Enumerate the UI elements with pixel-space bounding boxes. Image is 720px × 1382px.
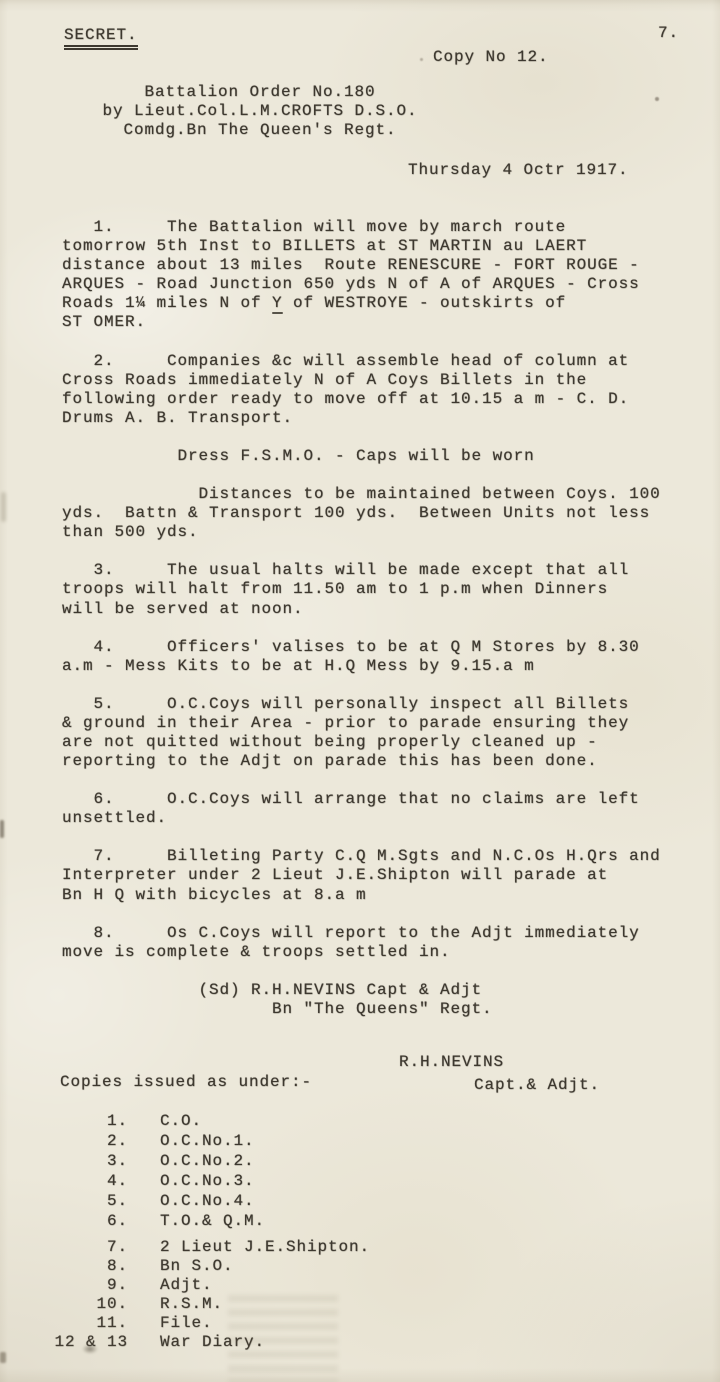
copy-item-number: 8.: [62, 1257, 128, 1276]
copy-item-label: O.C.No.2.: [128, 1152, 255, 1170]
copy-item-number: 9.: [62, 1276, 128, 1295]
distribution-row: 3.O.C.No.2.: [62, 1151, 370, 1171]
copy-item-label: C.O.: [128, 1112, 202, 1130]
typed-signature-rank: Capt.& Adjt.: [474, 1076, 600, 1094]
page-number: 7.: [658, 24, 679, 42]
paragraph-2: 2. Companies &c will assemble head of co…: [62, 352, 712, 428]
distribution-row: 8.Bn S.O.: [62, 1257, 370, 1276]
distribution-row: 6.T.O.& Q.M.: [62, 1211, 370, 1231]
paragraph-8: 8. Os C.Coys will report to the Adjt imm…: [62, 924, 712, 962]
paragraph-4: 4. Officers' valises to be at Q M Stores…: [62, 638, 712, 676]
paragraph-3: 3. The usual halts will be made except t…: [62, 561, 712, 618]
copy-item-label: T.O.& Q.M.: [128, 1212, 265, 1230]
paragraph-6: 6. O.C.Coys will arrange that no claims …: [62, 790, 712, 828]
distribution-row: 2.O.C.No.1.: [62, 1131, 370, 1151]
order-title-line-1: Battalion Order No.180: [100, 83, 420, 102]
copy-item-number: 7.: [62, 1238, 128, 1257]
distribution-row: 7.2 Lieut J.E.Shipton.: [62, 1238, 370, 1257]
copy-item-label: O.C.No.4.: [128, 1192, 255, 1210]
distribution-row: 4.O.C.No.3.: [62, 1171, 370, 1191]
copy-item-number: 2.: [62, 1131, 128, 1151]
copy-item-number: 11.: [62, 1314, 128, 1333]
copy-item-label: Bn S.O.: [128, 1257, 234, 1275]
classification-stamp: SECRET.: [64, 26, 138, 50]
ink-smudge-left-edge: [0, 820, 4, 838]
paragraph-7: 7. Billeting Party C.Q M.Sgts and N.C.Os…: [62, 847, 712, 904]
distribution-row: 5.O.C.No.4.: [62, 1191, 370, 1211]
paper-speck: [655, 97, 659, 101]
distribution-row: 9.Adjt.: [62, 1276, 370, 1295]
order-date: Thursday 4 Octr 1917.: [408, 161, 629, 179]
order-title-block: Battalion Order No.180 by Lieut.Col.L.M.…: [100, 83, 420, 139]
copy-item-number: 4.: [62, 1171, 128, 1191]
paragraph-1: 1. The Battalion will move by march rout…: [62, 218, 712, 333]
copy-item-number: 6.: [62, 1211, 128, 1231]
copy-item-number: 1.: [62, 1111, 128, 1131]
copy-item-label: R.S.M.: [128, 1295, 223, 1313]
paper-speck: [420, 58, 423, 61]
copy-item-label: War Diary.: [128, 1333, 265, 1351]
copy-item-number: 5.: [62, 1191, 128, 1211]
copy-item-label: Adjt.: [128, 1276, 213, 1294]
classification-text: SECRET.: [64, 26, 138, 50]
distribution-row: 11.File.: [62, 1314, 370, 1333]
copy-item-number: 10.: [62, 1295, 128, 1314]
copy-item-label: File.: [128, 1314, 213, 1332]
copy-item-label: O.C.No.3.: [128, 1172, 255, 1190]
paper-stain-left: [1, 492, 6, 522]
distribution-row: 10.R.S.M.: [62, 1295, 370, 1314]
distribution-row: 12 & 13War Diary.: [62, 1333, 370, 1352]
typed-signature-name: R.H.NEVINS: [399, 1053, 504, 1071]
underline-y-marker: [272, 312, 283, 314]
copy-item-label: 2 Lieut J.E.Shipton.: [128, 1238, 370, 1256]
order-body: 1. The Battalion will move by march rout…: [62, 218, 712, 1019]
signature-block: (Sd) R.H.NEVINS Capt & Adjt Bn "The Quee…: [62, 981, 712, 1019]
distribution-list: 1.C.O. 2.O.C.No.1. 3.O.C.No.2. 4.O.C.No.…: [62, 1111, 370, 1352]
copy-item-number: 3.: [62, 1151, 128, 1171]
copies-heading: Copies issued as under:-: [60, 1073, 312, 1091]
copy-item-number: 12 & 13: [48, 1333, 128, 1352]
copy-item-label: O.C.No.1.: [128, 1132, 255, 1150]
ink-smudge-bottom-edge: [0, 1352, 6, 1363]
paragraph-5: 5. O.C.Coys will personally inspect all …: [62, 695, 712, 771]
distances-note: Distances to be maintained between Coys.…: [62, 485, 712, 542]
document-page: SECRET. 7. Copy No 12. Battalion Order N…: [0, 0, 720, 1382]
order-title-line-3: Comdg.Bn The Queen's Regt.: [100, 121, 420, 140]
dress-order-line: Dress F.S.M.O. - Caps will be worn: [62, 447, 712, 466]
distribution-row: 1.C.O.: [62, 1111, 370, 1131]
order-title-line-2: by Lieut.Col.L.M.CROFTS D.S.O.: [100, 102, 420, 121]
copy-number: Copy No 12.: [433, 48, 549, 66]
